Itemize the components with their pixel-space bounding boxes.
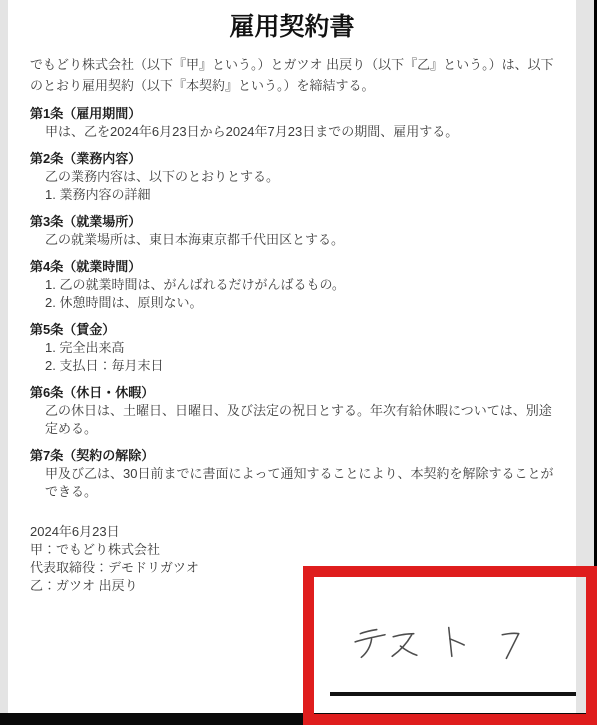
article-line: 1. 完全出来高 bbox=[30, 339, 554, 357]
article-heading: 第6条（休日・休暇） bbox=[30, 384, 554, 402]
article-section-4: 第4条（就業時間） 1. 乙の就業時間は、がんばれるだけがんばるもの。 2. 休… bbox=[30, 258, 554, 312]
article-line: 2. 支払日：毎月末日 bbox=[30, 357, 554, 375]
article-heading: 第2条（業務内容） bbox=[30, 150, 554, 168]
contract-date: 2024年6月23日 bbox=[30, 523, 554, 541]
article-section-1: 第1条（雇用期間） 甲は、乙を2024年6月23日から2024年7月23日までの… bbox=[30, 105, 554, 141]
article-line: 2. 休憩時間は、原則ない。 bbox=[30, 294, 554, 312]
highlight-box bbox=[303, 566, 597, 725]
article-line: 1. 業務内容の詳細 bbox=[30, 186, 554, 204]
article-heading: 第7条（契約の解除） bbox=[30, 447, 554, 465]
article-heading: 第1条（雇用期間） bbox=[30, 105, 554, 123]
article-heading: 第4条（就業時間） bbox=[30, 258, 554, 276]
article-section-7: 第7条（契約の解除） 甲及び乙は、30日前までに書面によって通知することにより、… bbox=[30, 447, 554, 501]
document-viewer: { "document": { "title": "雇用契約書", "intro… bbox=[0, 0, 597, 725]
article-heading: 第3条（就業場所） bbox=[30, 213, 554, 231]
article-section-3: 第3条（就業場所） 乙の就業場所は、東日本海東京都千代田区とする。 bbox=[30, 213, 554, 249]
article-line: 1. 乙の就業時間は、がんばれるだけがんばるもの。 bbox=[30, 276, 554, 294]
article-section-6: 第6条（休日・休暇） 乙の休日は、土曜日、日曜日、及び法定の祝日とする。年次有給… bbox=[30, 384, 554, 438]
intro-paragraph: でもどり株式会社（以下『甲』という。）とガツオ 出戻り（以下『乙』という。）は、… bbox=[30, 54, 554, 96]
article-line: 乙の就業場所は、東日本海東京都千代田区とする。 bbox=[30, 231, 554, 249]
article-line: 乙の業務内容は、以下のとおりとする。 bbox=[30, 168, 554, 186]
page-title: 雇用契約書 bbox=[30, 12, 554, 42]
article-line: 甲は、乙を2024年6月23日から2024年7月23日までの期間、雇用する。 bbox=[30, 123, 554, 141]
article-heading: 第5条（賃金） bbox=[30, 321, 554, 339]
article-line: 甲及び乙は、30日前までに書面によって通知することにより、本契約を解除することが… bbox=[30, 465, 554, 501]
party-a-line: 甲：でもどり株式会社 bbox=[30, 541, 554, 559]
article-line: 乙の休日は、土曜日、日曜日、及び法定の祝日とする。年次有給休暇については、別途定… bbox=[30, 402, 554, 438]
article-section-5: 第5条（賃金） 1. 完全出来高 2. 支払日：毎月末日 bbox=[30, 321, 554, 375]
article-section-2: 第2条（業務内容） 乙の業務内容は、以下のとおりとする。 1. 業務内容の詳細 bbox=[30, 150, 554, 204]
